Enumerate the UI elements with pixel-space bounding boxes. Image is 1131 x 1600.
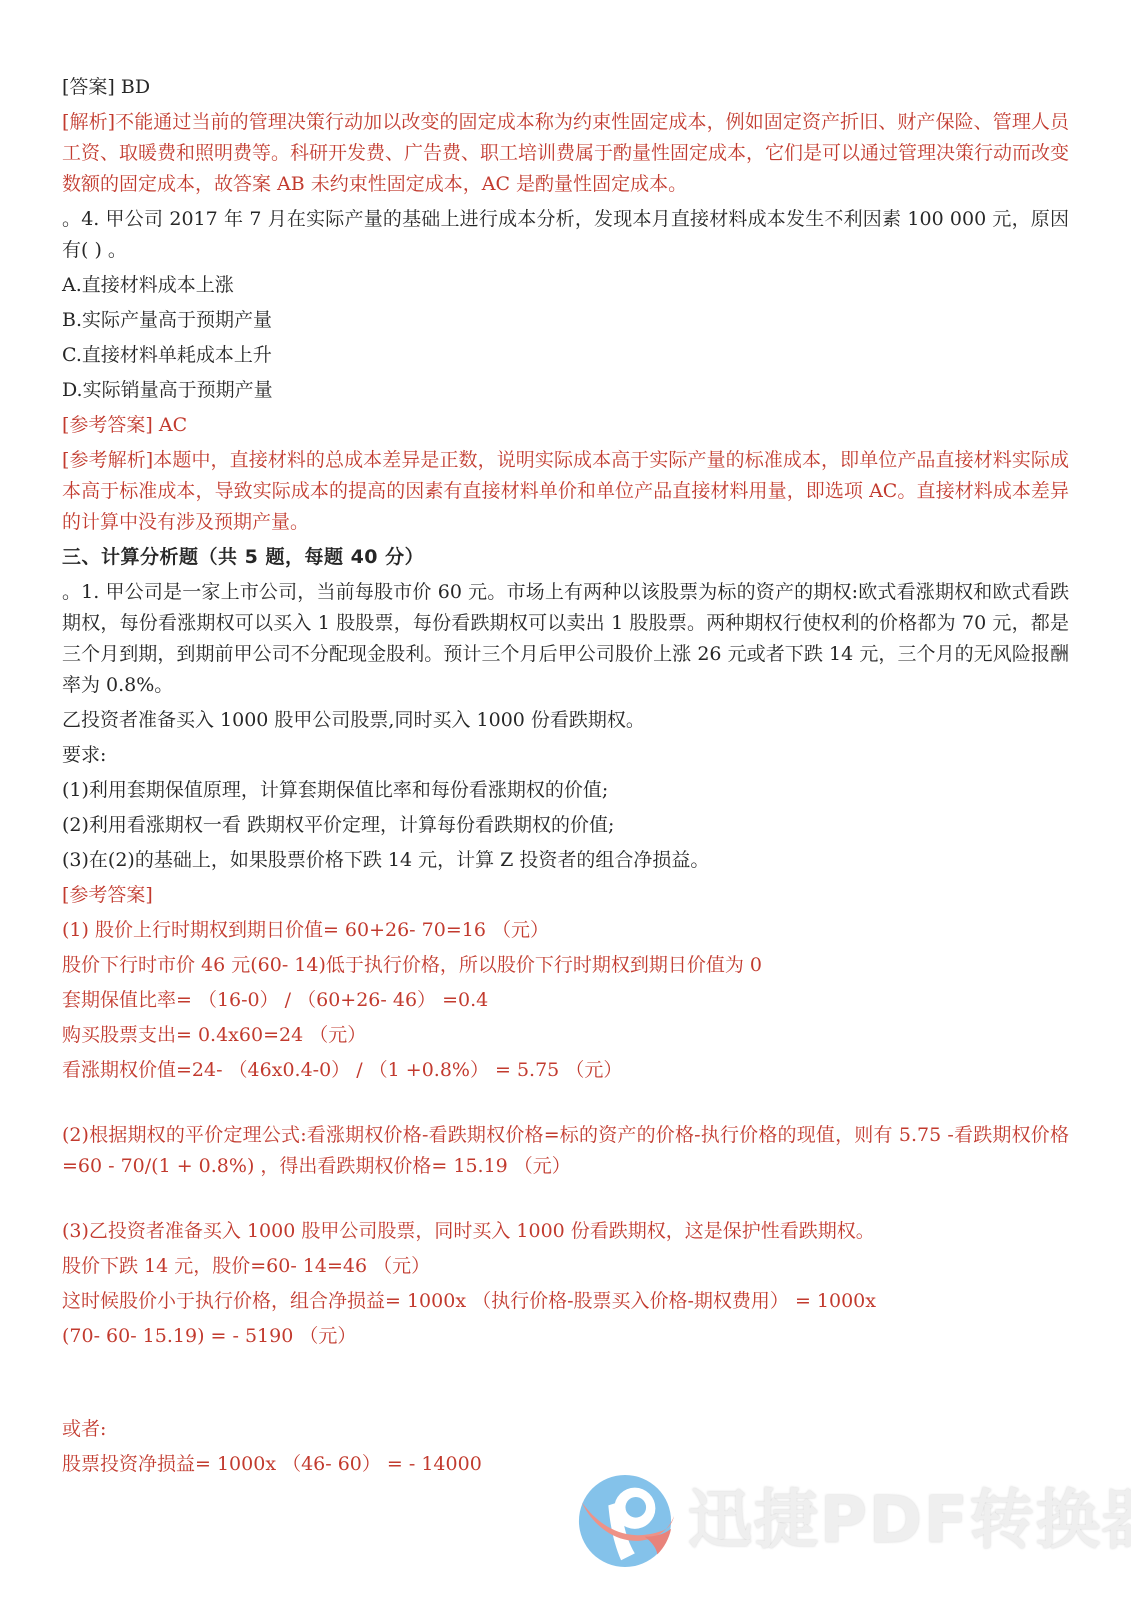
option-d: D.实际销量高于预期产量	[62, 375, 1069, 406]
blank-line	[62, 1090, 1069, 1120]
solution-1-line-5: 看涨期权价值=24- （46x0.4-0） / （1 +0.8%） = 5.75…	[62, 1055, 1069, 1086]
solution-2: (2)根据期权的平价定理公式:看涨期权价格-看跌期权价格=标的资产的价格-执行价…	[62, 1120, 1069, 1182]
requirements-label: 要求:	[62, 740, 1069, 771]
solution-3-line-4: (70- 60- 15.19) = - 5190 （元）	[62, 1321, 1069, 1352]
section-3-heading: 三、计算分析题（共 5 题，每题 40 分）	[62, 542, 1069, 573]
solution-1-line-4: 购买股票支出= 0.4x60=24 （元）	[62, 1020, 1069, 1051]
requirement-3: (3)在(2)的基础上，如果股票价格下跌 14 元，计算 Z 投资者的组合净损益…	[62, 845, 1069, 876]
ref-answer-q4: [参考答案] AC	[62, 410, 1069, 441]
solution-1-line-2: 股价下行时市价 46 元(60- 14)低于执行价格，所以股价下行时期权到期日价…	[62, 950, 1069, 981]
question-4: 。4. 甲公司 2017 年 7 月在实际产量的基础上进行成本分析，发现本月直接…	[62, 204, 1069, 266]
blank-line	[62, 1356, 1069, 1414]
answer-label-q3: [答案] BD	[62, 72, 1069, 103]
solution-3-line-1: (3)乙投资者准备买入 1000 股甲公司股票，同时买入 1000 份看跌期权，…	[62, 1216, 1069, 1247]
blank-line	[62, 1186, 1069, 1216]
question-1: 。1. 甲公司是一家上市公司，当前每股市价 60 元。市场上有两种以该股票为标的…	[62, 577, 1069, 701]
document-page: [答案] BD [解析]不能通过当前的管理决策行动加以改变的固定成本称为约束性固…	[0, 0, 1131, 1484]
watermark-brand-text: 迅捷PDF转换器	[688, 1472, 1131, 1570]
investor-line: 乙投资者准备买入 1000 股甲公司股票,同时买入 1000 份看跌期权。	[62, 705, 1069, 736]
watermark: 迅捷PDF转换器	[576, 1472, 1131, 1570]
option-b: B.实际产量高于预期产量	[62, 305, 1069, 336]
alternative-label: 或者:	[62, 1414, 1069, 1445]
option-a: A.直接材料成本上涨	[62, 270, 1069, 301]
solution-3-line-3: 这时候股价小于执行价格，组合净损益= 1000x （执行价格-股票买入价格-期权…	[62, 1286, 1069, 1317]
requirement-2: (2)利用看涨期权一看 跌期权平价定理，计算每份看跌期权的价值;	[62, 810, 1069, 841]
pdf-converter-logo-icon	[576, 1472, 674, 1570]
analysis-q3: [解析]不能通过当前的管理决策行动加以改变的固定成本称为约束性固定成本，例如固定…	[62, 107, 1069, 200]
solution-1-line-3: 套期保值比率= （16-0） / （60+26- 46） =0.4	[62, 985, 1069, 1016]
solution-3-line-2: 股价下跌 14 元，股价=60- 14=46 （元）	[62, 1251, 1069, 1282]
option-c: C.直接材料单耗成本上升	[62, 340, 1069, 371]
ref-analysis-q4: [参考解析]本题中，直接材料的总成本差异是正数，说明实际成本高于实际产量的标准成…	[62, 445, 1069, 538]
ref-answer-label-q1: [参考答案]	[62, 880, 1069, 911]
requirement-1: (1)利用套期保值原理，计算套期保值比率和每份看涨期权的价值;	[62, 775, 1069, 806]
solution-1-line-1: (1) 股价上行时期权到期日价值= 60+26- 70=16 （元）	[62, 915, 1069, 946]
